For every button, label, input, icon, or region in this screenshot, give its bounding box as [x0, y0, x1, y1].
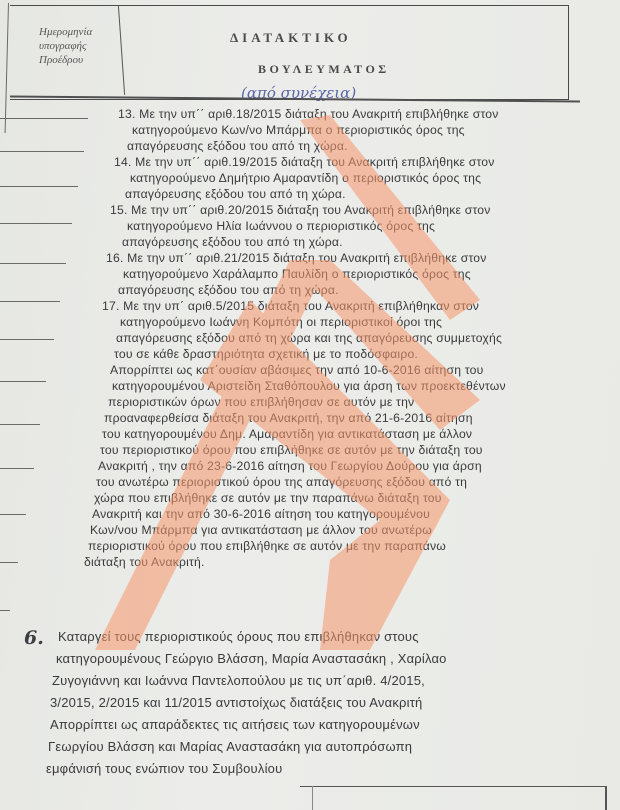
margin-rule [0, 514, 26, 515]
body-text-line: περιοριστικού όρου που επιβλήθηκε σε αυτ… [88, 539, 446, 553]
body-text-line: του κατηγορουμένου Δημ. Αμαραντίδη για α… [102, 427, 472, 441]
body-text-line: κατηγορούμενο Ιωάννη Κομπότη οι περιορισ… [120, 315, 442, 329]
signature-label-line: Ημερομηνία [39, 25, 119, 39]
document-page: Ημερομηνία υπογραφής Προέδρου ΔΙΑΤΑΚΤΙΚΟ… [0, 0, 620, 810]
body-text-line: απαγόρευσης εξόδου του από τη χώρα. [118, 283, 339, 297]
body-text-line: Ανακριτή και την από 30-6-2016 αίτηση το… [92, 507, 430, 521]
body-text-line: 17. Με την υπ΄ αριθ.5/2015 διάταξη του Α… [102, 299, 479, 313]
margin-rule [0, 118, 88, 119]
body-text-line: απαγόρευσης εξόδου του από τη χώρα. [127, 139, 348, 153]
margin-rule [0, 223, 72, 224]
body-text-line: κατηγορούμενο Δημήτριο Αμαραντίδη ο περι… [130, 171, 481, 185]
section-6-text-line: Γεωργίου Βλάσση και Μαρίας Αναστασάκη γι… [48, 740, 412, 754]
body-text-line: 13. Με την υπ΄΄ αριθ.18/2015 διάταξη του… [118, 107, 499, 121]
left-margin-rule [5, 3, 9, 133]
body-text-line: κατηγορουμένου Αριστείδη Σταθόπουλου για… [112, 379, 506, 393]
body-text-line: κατηγορούμενο Ηλία Ιωάννου ο περιοριστικ… [127, 219, 435, 233]
document-title: ΔΙΑΤΑΚΤΙΚΟ [230, 30, 352, 46]
bottom-box-divider [312, 786, 313, 810]
body-text-line: απαγόρευσης εξόδου του από τη χώρα. [122, 235, 343, 249]
margin-rule [0, 468, 34, 469]
section-6-text-line: Καταργεί τους περιοριστικούς όρους που ε… [58, 630, 419, 644]
body-text-line: κατηγορούμενο Κων/νο Μπάρμπα ο περιοριστ… [132, 123, 465, 137]
section-6-text-line: 3/2015, 2/2015 και 11/2015 αντιστοίχως δ… [50, 696, 422, 710]
margin-rule [0, 381, 46, 382]
body-text-line: 15. Με την υπ΄΄ αριθ.20/2015 διάταξη του… [110, 203, 491, 217]
signature-label-line: Προέδρου [39, 53, 119, 67]
body-text-line: διάταξη του Ανακριτή. [84, 555, 205, 569]
body-text-line: απαγόρευσης εξόδου από τη χώρα και της α… [116, 331, 502, 345]
body-text-line: Ανακριτή , την από 23-6-2016 αίτηση του … [98, 459, 482, 473]
bottom-box-outline [300, 786, 607, 810]
body-text-line: του σε κάθε δραστηριότητα σχετική με το … [114, 347, 418, 361]
body-text-line: 14. Με την υπ΄΄ αριθ.19/2015 διάταξη του… [114, 155, 495, 169]
body-text-line: Απορρίπτει ως κατ΄ουσίαν αβάσιμες την απ… [110, 363, 484, 377]
margin-rule [0, 339, 54, 340]
body-text-line: κατηγορούμενο Χαράλαμπο Παυλίδη ο περιορ… [123, 267, 471, 281]
section-number-6: 6. [24, 627, 44, 649]
section-6-text-line: Ζυγογιάννη και Ιωάννα Παντελοπούλου με τ… [52, 674, 425, 688]
section-6-text-line: Απορρίπτει ως απαράδεκτες τις αιτήσεις τ… [50, 718, 420, 732]
margin-rule [0, 151, 84, 152]
margin-rule [0, 610, 10, 611]
margin-rule [0, 562, 18, 563]
document-subtitle: ΒΟΥΛΕΥΜΑΤΟΣ [258, 62, 390, 77]
body-text-line: του περιοριστικού όρου που επιβλήθηκε σε… [100, 443, 483, 457]
body-text-line: απαγόρευσης εξόδου του από τη χώρα. [125, 187, 346, 201]
body-text-line: 16. Με την υπ΄΄ αριθ.21/2015 διάταξη του… [106, 251, 487, 265]
margin-rule [0, 186, 78, 187]
section-6-text-line: κατηγορουμένους Γεώργιο Βλάσση, Μαρία Αν… [56, 652, 447, 666]
body-text-line: προαναφερθείσα διάταξη του Ανακριτή, την… [104, 411, 473, 425]
body-text-line: χώρα που επιβλήθηκε σε αυτόν με την παρα… [94, 491, 442, 505]
body-text-line: Κων/νου Μπάρμπα για αντικατάσταση με άλλ… [90, 523, 432, 537]
signature-label-line: υπογραφής [39, 39, 119, 53]
body-text-line: περιοριστικών όρων που επιβλήθησαν σε αυ… [108, 395, 414, 409]
signature-date-label: Ημερομηνία υπογραφής Προέδρου [39, 25, 119, 67]
body-text-line: του ανωτέρω περιοριστικού όρου της απαγό… [96, 475, 467, 489]
margin-rule [0, 424, 40, 425]
margin-rule [0, 263, 66, 264]
margin-rule [0, 301, 60, 302]
section-6-text-line: εμφάνισή τους ενώπιον του Συμβουλίου [46, 762, 282, 776]
